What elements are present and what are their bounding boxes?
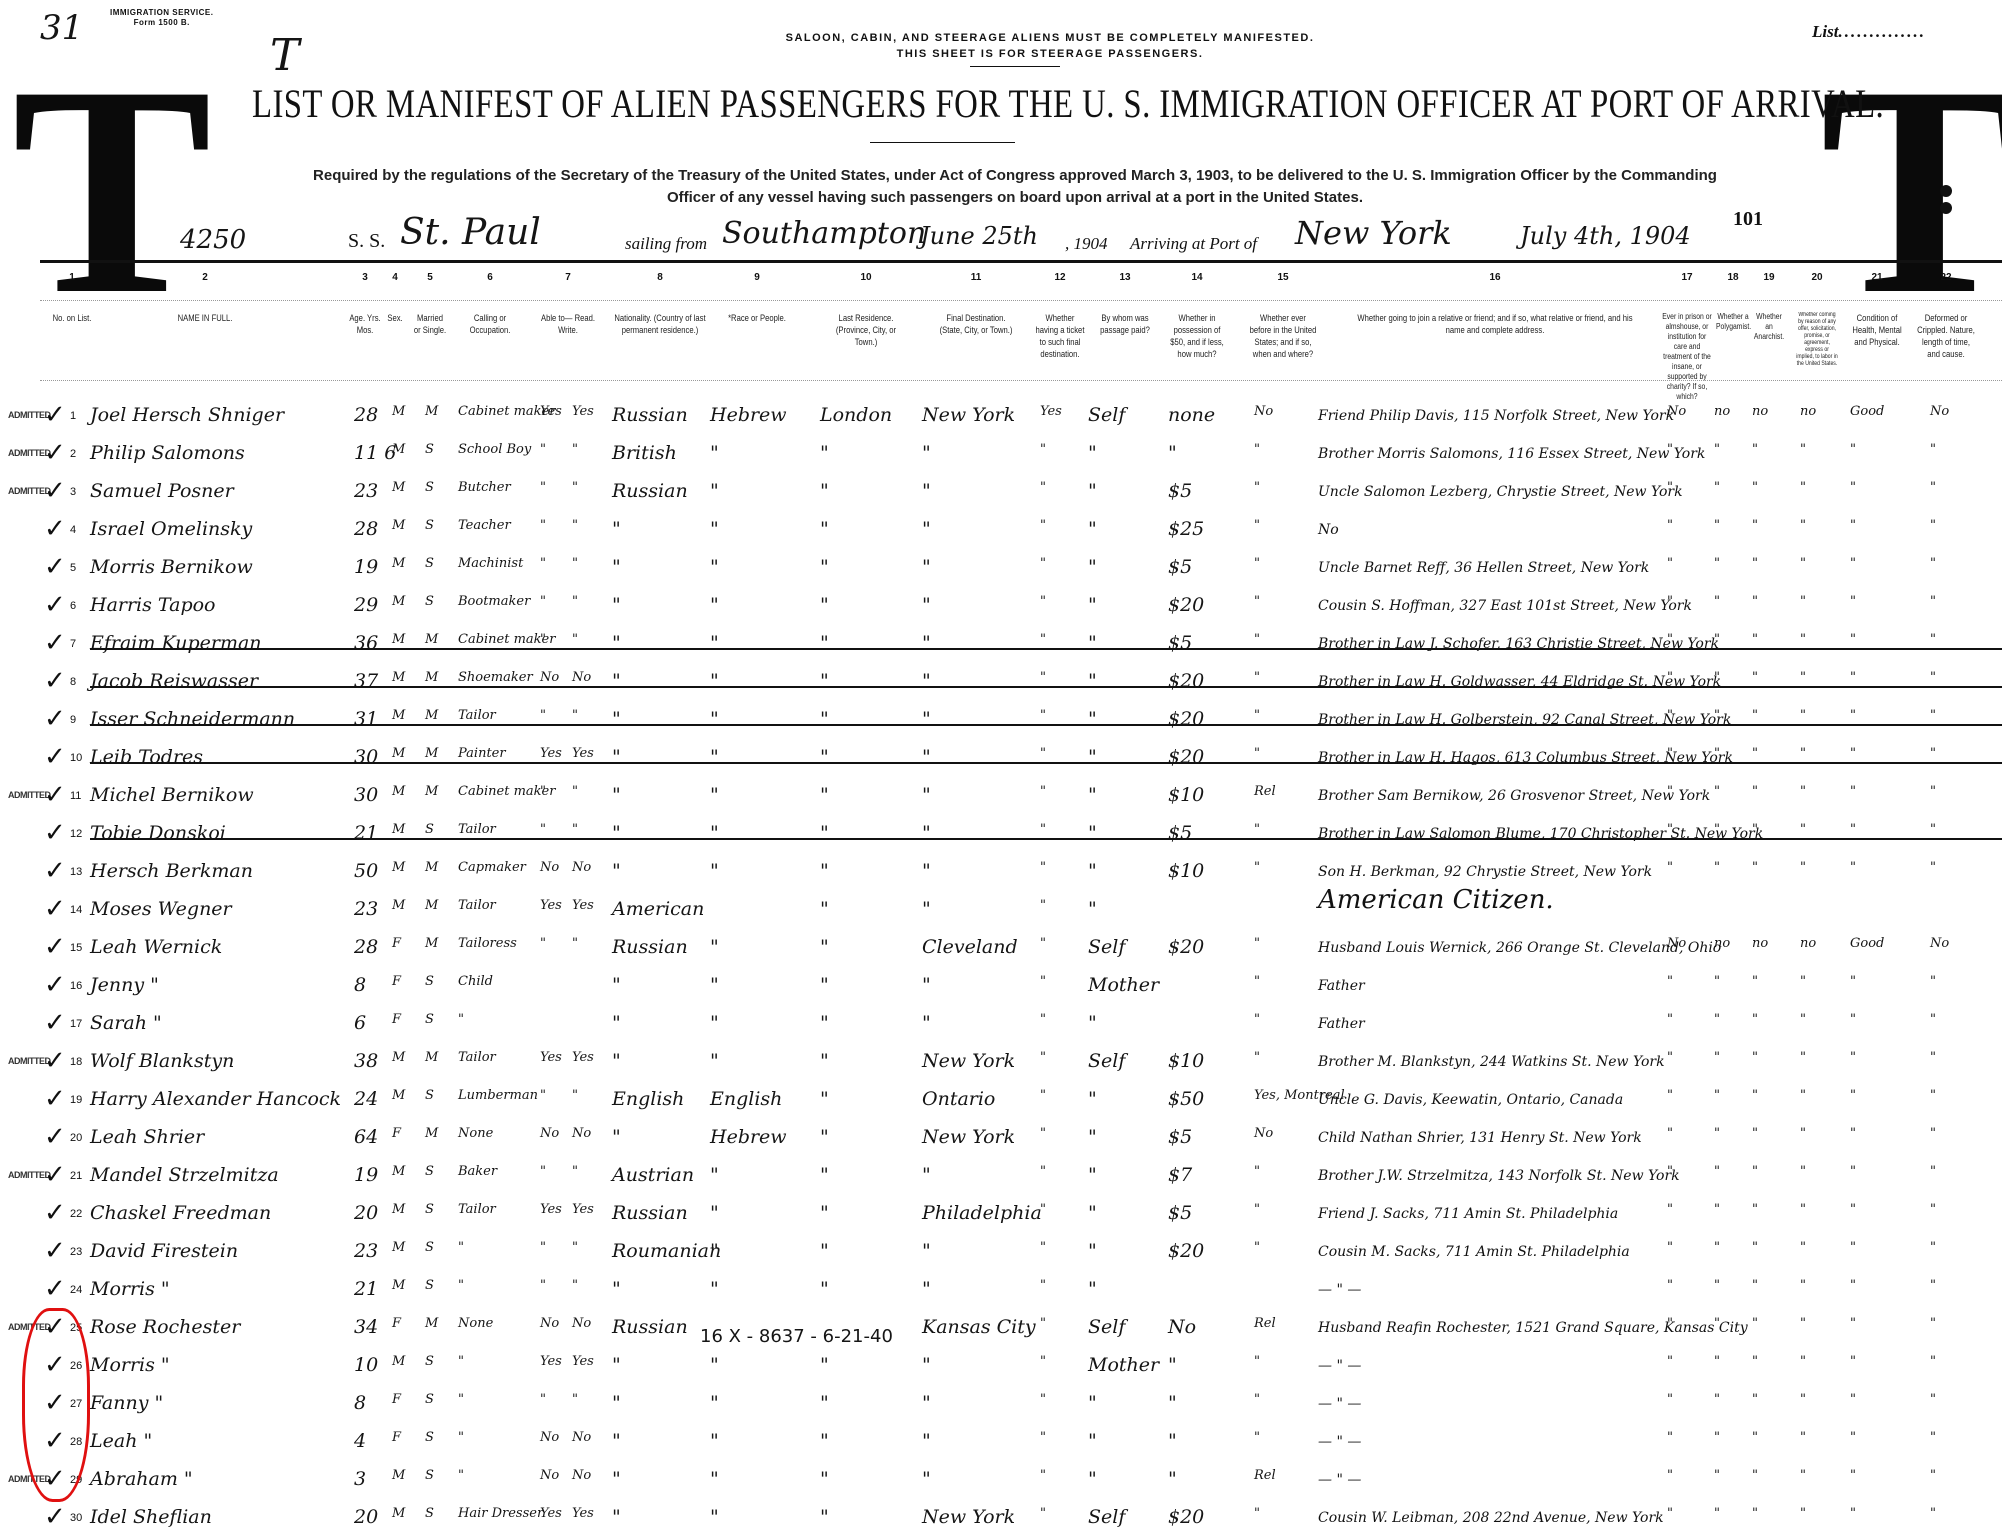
cell-c21: ": [1850, 670, 1856, 685]
cell-c18: ": [1714, 1392, 1720, 1407]
cell-c20: ": [1800, 518, 1806, 533]
cell-c20: ": [1800, 822, 1806, 837]
cell-c22: ": [1930, 1506, 1936, 1521]
cell-c20: ": [1800, 1202, 1806, 1217]
cell-c21: ": [1850, 556, 1856, 571]
cell-c21: ": [1850, 518, 1856, 533]
cell-paid: ": [1088, 632, 1097, 654]
table-row: ADMITTED✓3Samuel Posner23MSButcher""Russ…: [0, 476, 2002, 512]
cell-name: Leib Todres: [90, 746, 203, 768]
column-header: Whether going to join a relative or frie…: [1351, 312, 1640, 336]
cell-c22: ": [1930, 1126, 1936, 1141]
cell-write: No: [572, 1468, 591, 1483]
cell-age: 30: [354, 746, 378, 768]
cell-c22: ": [1930, 1012, 1936, 1027]
cell-c22: ": [1930, 746, 1936, 761]
cell-last: ": [820, 746, 829, 768]
table-row: ✓6Harris Tapoo29MSBootmaker""""""""$20""…: [0, 590, 2002, 626]
cell-c17: ": [1667, 1202, 1673, 1217]
cell-occ: ": [458, 1278, 464, 1293]
cell-c19: ": [1752, 480, 1758, 495]
cell-ticket: ": [1040, 936, 1046, 951]
cell-c20: ": [1800, 1468, 1806, 1483]
cell-relative-address: Father: [1318, 1016, 1365, 1032]
cell-c21: ": [1850, 1240, 1856, 1255]
cell-dest: ": [922, 860, 931, 882]
cell-c20: ": [1800, 1430, 1806, 1445]
cell-c21: ": [1850, 594, 1856, 609]
cell-read: ": [540, 784, 546, 799]
cell-ms: S: [425, 1278, 434, 1293]
list-number: 2: [70, 448, 76, 460]
cell-name: Harry Alexander Hancock: [90, 1088, 341, 1110]
cell-ms: M: [425, 936, 438, 951]
cell-sex: M: [392, 594, 405, 609]
cell-dest: New York: [922, 1506, 1015, 1528]
cell-c21: ": [1850, 708, 1856, 723]
cell-before: ": [1254, 1164, 1260, 1179]
cell-occ: Bootmaker: [458, 594, 530, 609]
cell-dest: ": [922, 1354, 931, 1376]
cell-occ: Tailoress: [458, 936, 517, 951]
cell-sex: F: [392, 1430, 401, 1445]
cell-c17: ": [1667, 1506, 1673, 1521]
cell-age: 23: [354, 1240, 378, 1262]
cell-c18: ": [1714, 1240, 1720, 1255]
cell-money: $20: [1168, 708, 1204, 730]
cell-money: none: [1168, 404, 1215, 426]
cell-sex: M: [392, 822, 405, 837]
cell-name: Michel Bernikow: [90, 784, 254, 806]
cell-c22: ": [1930, 974, 1936, 989]
cell-last: ": [820, 1278, 829, 1300]
cell-sex: M: [392, 1050, 405, 1065]
cell-age: 20: [354, 1506, 378, 1528]
cell-money: $20: [1168, 594, 1204, 616]
cell-paid: ": [1088, 708, 1097, 730]
cell-paid: Self: [1088, 1506, 1125, 1528]
column-number: 9: [717, 272, 797, 283]
cell-paid: ": [1088, 822, 1097, 844]
cell-name: Wolf Blankstyn: [90, 1050, 234, 1072]
cell-paid: Mother: [1088, 1354, 1159, 1376]
check-mark-icon: ✓: [44, 590, 66, 620]
cell-race: ": [710, 1278, 719, 1300]
cell-name: Efraim Kuperman: [90, 632, 262, 654]
cell-nat: ": [612, 518, 621, 540]
cell-c17: ": [1667, 1088, 1673, 1103]
table-row: ✓23David Firestein23MS"""Roumanian"""""$…: [0, 1236, 2002, 1272]
column-number: 22: [1911, 272, 1981, 283]
cell-dest: ": [922, 442, 931, 464]
cell-sex: M: [392, 746, 405, 761]
notice: SALOON, CABIN, AND STEERAGE ALIENS MUST …: [700, 30, 1400, 62]
cell-before: ": [1254, 1430, 1260, 1445]
cell-read: ": [540, 708, 546, 723]
cell-c21: ": [1850, 1316, 1856, 1331]
cell-age: 28: [354, 936, 378, 958]
cell-name: Jacob Reiswasser: [90, 670, 258, 692]
cell-race: ": [710, 974, 719, 996]
column-header: Whether ever before in the United States…: [1249, 312, 1317, 360]
cell-last: ": [820, 974, 829, 996]
cell-before: ": [1254, 1240, 1260, 1255]
cell-read: Yes: [540, 404, 562, 419]
check-mark-icon: ✓: [44, 1122, 66, 1152]
cell-ticket: ": [1040, 480, 1046, 495]
cell-nat: Russian: [612, 480, 688, 502]
column-number: 1: [47, 272, 97, 283]
cell-ms: M: [425, 746, 438, 761]
cell-ticket: ": [1040, 746, 1046, 761]
cell-sex: F: [392, 1316, 401, 1331]
cell-c19: ": [1752, 860, 1758, 875]
cell-money: $5: [1168, 1126, 1192, 1148]
cell-read: ": [540, 1088, 546, 1103]
cell-occ: Tailor: [458, 822, 496, 837]
right-T-dots: [1940, 185, 1952, 197]
column-number: 13: [1095, 272, 1155, 283]
column-number: 4: [383, 272, 407, 283]
cell-c18: ": [1714, 1088, 1720, 1103]
cell-paid: ": [1088, 1012, 1097, 1034]
cell-write: No: [572, 670, 591, 685]
cell-dest: ": [922, 1430, 931, 1452]
column-number: 7: [533, 272, 603, 283]
cell-occ: ": [458, 1430, 464, 1445]
cell-read: No: [540, 860, 559, 875]
cell-ticket: ": [1040, 974, 1046, 989]
requirement-text: Required by the regulations of the Secre…: [150, 165, 1880, 209]
cell-race: ": [710, 860, 719, 882]
cell-relative-address: — " —: [1318, 1358, 1361, 1374]
departure-year: , 1904: [1065, 234, 1108, 254]
cell-write: No: [572, 1316, 591, 1331]
cell-occ: Tailor: [458, 1050, 496, 1065]
cell-sex: M: [392, 556, 405, 571]
cell-last: ": [820, 1164, 829, 1186]
list-number: 3: [70, 486, 76, 498]
list-number: 30: [70, 1512, 82, 1524]
check-mark-icon: ✓: [44, 970, 66, 1000]
cell-last: ": [820, 1202, 829, 1224]
check-mark-icon: ✓: [44, 1236, 66, 1266]
cell-sex: M: [392, 1506, 405, 1521]
check-mark-icon: ✓: [44, 1274, 66, 1304]
cell-dest: Philadelphia: [922, 1202, 1042, 1224]
table-row: ADMITTED✓1Joel Hersch Shniger28MMCabinet…: [0, 400, 2002, 436]
cell-c22: ": [1930, 822, 1936, 837]
cell-nat: ": [612, 1126, 621, 1148]
cell-c22: ": [1930, 1164, 1936, 1179]
cell-money: $5: [1168, 1202, 1192, 1224]
check-mark-icon: ✓: [44, 438, 66, 468]
cell-paid: ": [1088, 1126, 1097, 1148]
cell-name: Leah Shrier: [90, 1126, 204, 1148]
check-mark-icon: ✓: [44, 932, 66, 962]
cell-write: ": [572, 822, 578, 837]
cell-race: ": [710, 936, 719, 958]
cell-age: 30: [354, 784, 378, 806]
cell-ms: M: [425, 1126, 438, 1141]
cell-before: Rel: [1254, 1468, 1276, 1483]
table-row: ✓10Leib Todres30MMPainterYesYes""""""$20…: [0, 742, 2002, 778]
column-header: Whether coming by reason of any offer, s…: [1796, 312, 1839, 368]
table-row: ✓4Israel Omelinsky28MSTeacher""""""""$25…: [0, 514, 2002, 550]
cell-ms: M: [425, 1316, 438, 1331]
list-number: 18: [70, 1056, 82, 1068]
cell-c21: ": [1850, 746, 1856, 761]
cell-nat: ": [612, 670, 621, 692]
cell-c20: ": [1800, 708, 1806, 723]
list-number: 11: [70, 790, 81, 802]
cell-name: Idel Sheflian: [90, 1506, 212, 1528]
cell-before: ": [1254, 974, 1260, 989]
cell-relative-address: No: [1318, 522, 1339, 538]
cell-c19: ": [1752, 1126, 1758, 1141]
cell-sex: M: [392, 442, 405, 457]
cell-before: No: [1254, 404, 1273, 419]
cell-c21: ": [1850, 480, 1856, 495]
column-header: Whether in possession of $50, and if les…: [1167, 312, 1227, 360]
cell-c19: ": [1752, 1316, 1758, 1331]
check-mark-icon: ✓: [44, 1198, 66, 1228]
cell-occ: ": [458, 1012, 464, 1027]
cell-c20: ": [1800, 594, 1806, 609]
cell-nat: American: [612, 898, 704, 920]
cell-ms: M: [425, 708, 438, 723]
cell-sex: M: [392, 1202, 405, 1217]
cell-occ: Child: [458, 974, 493, 989]
cell-paid: ": [1088, 784, 1097, 806]
cell-race: ": [710, 670, 719, 692]
cell-c18: ": [1714, 1050, 1720, 1065]
cell-before: Rel: [1254, 784, 1276, 799]
cell-ms: M: [425, 898, 438, 913]
cell-write: Yes: [572, 404, 594, 419]
cell-last: ": [820, 1430, 829, 1452]
cell-c21: Good: [1850, 936, 1884, 951]
cell-paid: ": [1088, 1468, 1097, 1490]
check-mark-icon: ✓: [44, 818, 66, 848]
list-number: 21: [70, 1170, 82, 1182]
cell-last: ": [820, 860, 829, 882]
cell-c17: ": [1667, 518, 1673, 533]
cell-last: London: [820, 404, 892, 426]
cell-c19: ": [1752, 632, 1758, 647]
check-mark-icon: ✓: [44, 894, 66, 924]
cell-race: ": [710, 1392, 719, 1414]
cell-c20: ": [1800, 670, 1806, 685]
cell-c19: ": [1752, 1088, 1758, 1103]
cell-c18: ": [1714, 480, 1720, 495]
cell-read: ": [540, 1164, 546, 1179]
cell-c17: ": [1667, 1240, 1673, 1255]
cell-c21: ": [1850, 442, 1856, 457]
cell-occ: None: [458, 1316, 493, 1331]
list-number: 17: [70, 1018, 82, 1030]
cell-race: ": [710, 822, 719, 844]
column-number: 21: [1847, 272, 1907, 283]
cell-money: $20: [1168, 1240, 1204, 1262]
cell-last: ": [820, 708, 829, 730]
cell-occ: Teacher: [458, 518, 511, 533]
cell-paid: ": [1088, 1278, 1097, 1300]
cell-c18: ": [1714, 1278, 1720, 1293]
cell-c20: ": [1800, 1240, 1806, 1255]
table-row: ✓19Harry Alexander Hancock24MSLumberman"…: [0, 1084, 2002, 1120]
cell-name: Sarah ": [90, 1012, 162, 1034]
cell-last: ": [820, 442, 829, 464]
column-header: NAME IN FULL.: [120, 312, 290, 324]
cell-read: Yes: [540, 1506, 562, 1521]
cell-c21: ": [1850, 1430, 1856, 1445]
cell-write: ": [572, 936, 578, 951]
cell-ticket: ": [1040, 898, 1046, 913]
cell-dest: ": [922, 708, 931, 730]
cell-c17: ": [1667, 1392, 1673, 1407]
cell-write: ": [572, 1392, 578, 1407]
table-row: ✓28Leah "4FS"NoNo""""""""""""""— " —: [0, 1426, 2002, 1462]
cell-name: Samuel Posner: [90, 480, 234, 502]
cell-c20: no: [1800, 936, 1816, 951]
cell-c22: ": [1930, 1468, 1936, 1483]
cell-last: ": [820, 480, 829, 502]
cell-before: ": [1254, 936, 1260, 951]
list-number: 15: [70, 942, 82, 954]
cell-read: ": [540, 1278, 546, 1293]
cell-race: ": [710, 784, 719, 806]
column-header: Married or Single.: [413, 312, 447, 336]
cell-occ: Shoemaker: [458, 670, 533, 685]
column-number: 12: [1030, 272, 1090, 283]
cell-read: ": [540, 442, 546, 457]
list-number: 4: [70, 524, 76, 536]
cell-c21: Good: [1850, 404, 1884, 419]
cell-sex: M: [392, 1164, 405, 1179]
cell-c20: ": [1800, 974, 1806, 989]
cell-race: ": [710, 1202, 719, 1224]
check-mark-icon: ✓: [44, 780, 66, 810]
check-mark-icon: ✓: [44, 400, 66, 430]
cell-before: ": [1254, 860, 1260, 875]
cell-c17: ": [1667, 1278, 1673, 1293]
cell-c22: No: [1930, 404, 1949, 419]
list-number: 13: [70, 866, 82, 878]
cell-sex: F: [392, 936, 401, 951]
cell-relative-address: Brother Morris Salomons, 116 Essex Stree…: [1318, 446, 1705, 462]
cell-last: ": [820, 1050, 829, 1072]
header-rule: [40, 260, 2002, 263]
cell-name: Harris Tapoo: [90, 594, 216, 616]
cell-name: Leah Wernick: [90, 936, 222, 958]
check-mark-icon: ✓: [44, 1046, 66, 1076]
cell-paid: Self: [1088, 936, 1125, 958]
table-row: ✓14Moses Wegner23MMTailorYesYesAmerican"…: [0, 894, 2002, 930]
cell-ticket: ": [1040, 860, 1046, 875]
cell-occ: Capmaker: [458, 860, 526, 875]
cell-c19: ": [1752, 594, 1758, 609]
cell-c18: ": [1714, 1164, 1720, 1179]
cell-age: 19: [354, 1164, 378, 1186]
cell-occ: ": [458, 1392, 464, 1407]
cell-occ: School Boy: [458, 442, 531, 457]
cell-sex: F: [392, 1012, 401, 1027]
column-number: 6: [460, 272, 520, 283]
cell-write: No: [572, 1430, 591, 1445]
cell-write: Yes: [572, 1506, 594, 1521]
cell-c19: ": [1752, 518, 1758, 533]
cell-read: No: [540, 670, 559, 685]
table-row: ✓20Leah Shrier64FMNoneNoNo"Hebrew"New Yo…: [0, 1122, 2002, 1158]
column-number: 5: [410, 272, 450, 283]
cell-last: ": [820, 1088, 829, 1110]
cell-occ: Tailor: [458, 1202, 496, 1217]
cell-age: 34: [354, 1316, 378, 1338]
cell-ticket: ": [1040, 1392, 1046, 1407]
cell-race: ": [710, 1506, 719, 1528]
cell-occ: Baker: [458, 1164, 497, 1179]
cell-ms: S: [425, 974, 434, 989]
cell-c18: ": [1714, 556, 1720, 571]
cell-nat: ": [612, 556, 621, 578]
cell-last: ": [820, 822, 829, 844]
table-row: ✓17Sarah "6FS""""""""""""""Father: [0, 1008, 2002, 1044]
cell-read: ": [540, 556, 546, 571]
cell-c18: ": [1714, 1468, 1720, 1483]
cell-c20: ": [1800, 632, 1806, 647]
cell-c21: ": [1850, 1164, 1856, 1179]
cell-c22: ": [1930, 1240, 1936, 1255]
column-number: 17: [1657, 272, 1717, 283]
cell-occ: None: [458, 1126, 493, 1141]
cell-age: 20: [354, 1202, 378, 1224]
cell-relative-address: Cousin W. Leibman, 208 22nd Avenue, New …: [1318, 1510, 1664, 1526]
cell-c22: ": [1930, 632, 1936, 647]
cell-ticket: ": [1040, 594, 1046, 609]
cell-age: 28: [354, 518, 378, 540]
cell-dest: ": [922, 784, 931, 806]
cell-write: Yes: [572, 1202, 594, 1217]
cell-ticket: ": [1040, 1316, 1046, 1331]
cell-relative-address: Uncle G. Davis, Keewatin, Ontario, Canad…: [1318, 1092, 1623, 1108]
cell-ticket: ": [1040, 1240, 1046, 1255]
cell-write: ": [572, 1278, 578, 1293]
cell-read: ": [540, 1392, 546, 1407]
cell-relative-address: Son H. Berkman, 92 Chrystie Street, New …: [1318, 864, 1652, 880]
column-header: Whether having a ticket to such final de…: [1035, 312, 1086, 360]
cell-c19: ": [1752, 1506, 1758, 1521]
cell-read: ": [540, 632, 546, 647]
cell-money: $20: [1168, 936, 1204, 958]
cell-money: ": [1168, 442, 1177, 464]
cell-c22: ": [1930, 1278, 1936, 1293]
cell-dest: ": [922, 974, 931, 996]
cell-c20: ": [1800, 556, 1806, 571]
cell-nat: ": [612, 1392, 621, 1414]
header-divider: [40, 380, 2002, 381]
cell-nat: ": [612, 1506, 621, 1528]
cell-dest: ": [922, 556, 931, 578]
cell-c17: ": [1667, 1430, 1673, 1445]
cell-c22: ": [1930, 480, 1936, 495]
cell-c21: ": [1850, 1506, 1856, 1521]
cell-paid: ": [1088, 480, 1097, 502]
cell-nat: ": [612, 1430, 621, 1452]
cell-read: Yes: [540, 1050, 562, 1065]
cell-read: No: [540, 1468, 559, 1483]
table-row: ✓5Morris Bernikow19MSMachinist""""""""$5…: [0, 552, 2002, 588]
